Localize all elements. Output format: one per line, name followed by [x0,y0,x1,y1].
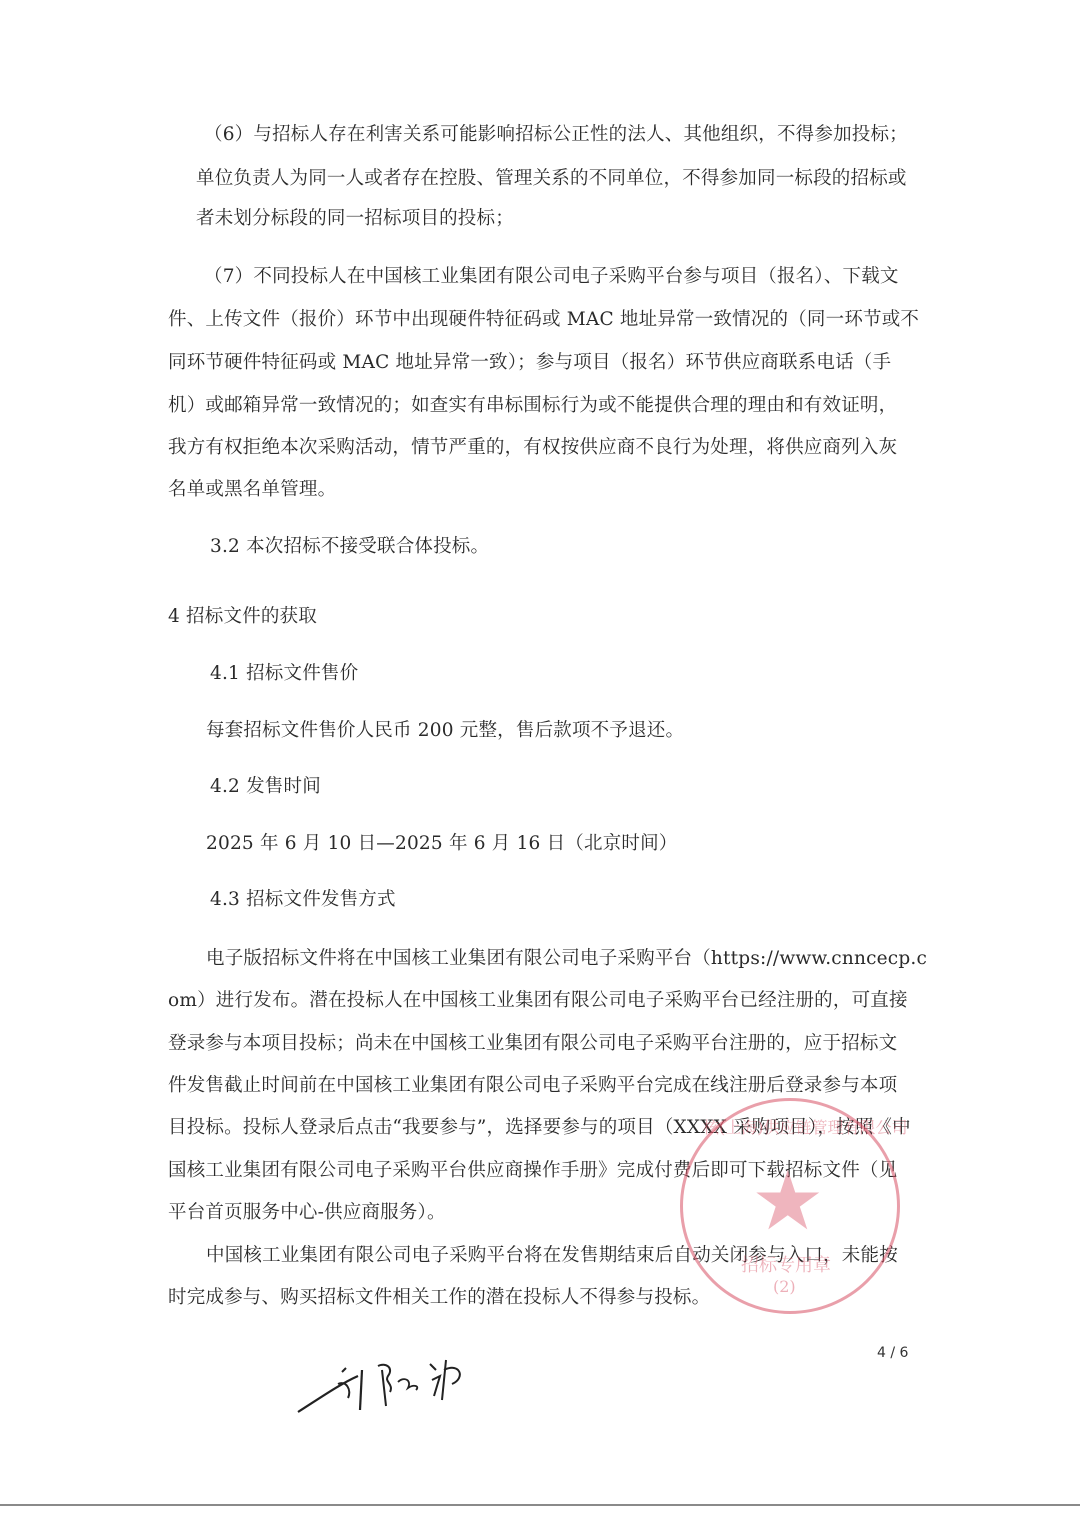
text-line: 2025 年 6 月 10 日—2025 年 6 月 16 日（北京时间） [206,831,678,857]
text-line: 件、上传文件（报价）环节中出现硬件特征码或 MAC 地址异常一致情况的（同一环节… [168,307,919,333]
text-line: 件发售截止时间前在中国核工业集团有限公司电子采购平台完成在线注册后登录参与本项 [168,1073,897,1099]
text-line: 4.2 发售时间 [210,774,321,800]
text-line: 我方有权拒绝本次采购活动，情节严重的，有权按供应商不良行为处理，将供应商列入灰 [168,435,897,461]
text-line: 单位负责人为同一人或者存在控股、管理关系的不同单位，不得参加同一标段的招标或 [196,166,907,192]
text-line: （6）与招标人存在利害关系可能影响招标公正性的法人、其他组织，不得参加投标； [204,122,908,148]
text-line: 4.1 招标文件售价 [210,661,358,687]
text-line: 同环节硬件特征码或 MAC 地址异常一致）；参与项目（报名）环节供应商联系电话（… [168,350,891,376]
text-line: 时完成参与、购买招标文件相关工作的潜在投标人不得参与投标。 [168,1285,710,1311]
text-line: 中国核工业集团有限公司电子采购平台将在发售期结束后自动关闭参与入口，未能按 [206,1243,898,1269]
text-line: 名单或黑名单管理。 [168,477,336,503]
text-line: （7）不同投标人在中国核工业集团有限公司电子采购平台参与项目（报名）、下载文 [204,264,899,290]
text-line: 电子版招标文件将在中国核工业集团有限公司电子采购平台（https://www.c… [206,946,927,972]
text-line: 国核工业集团有限公司电子采购平台供应商操作手册》完成付费后即可下载招标文件（见 [168,1158,897,1184]
text-line: 目投标。投标人登录后点击“我要参与”，选择要参与的项目（XXXX 采购项目），按… [168,1115,911,1141]
text-line: 者未划分标段的同一招标项目的投标； [196,206,514,232]
text-line: 3.2 本次招标不接受联合体投标。 [210,534,489,560]
text-line: 每套招标文件售价人民币 200 元整，售后款项不予退还。 [206,718,684,744]
text-line: 机）或邮箱异常一致情况的；如查实有串标围标行为或不能提供合理的理由和有效证明， [168,393,897,419]
text-line: 登录参与本项目投标；尚未在中国核工业集团有限公司电子采购平台注册的，应于招标文 [168,1031,897,1057]
text-line: 平台首页服务中心-供应商服务）。 [168,1200,446,1226]
page-number: 4 / 6 [877,1345,908,1361]
text-line: 4.3 招标文件发售方式 [210,887,396,913]
handwritten-signature [290,1340,490,1430]
page-bottom-rule [0,1504,1080,1506]
text-line: om）进行发布。潜在投标人在中国核工业集团有限公司电子采购平台已经注册的，可直接 [168,988,908,1014]
text-line: 4 招标文件的获取 [168,604,317,630]
seal-number: (2) [773,1277,796,1296]
